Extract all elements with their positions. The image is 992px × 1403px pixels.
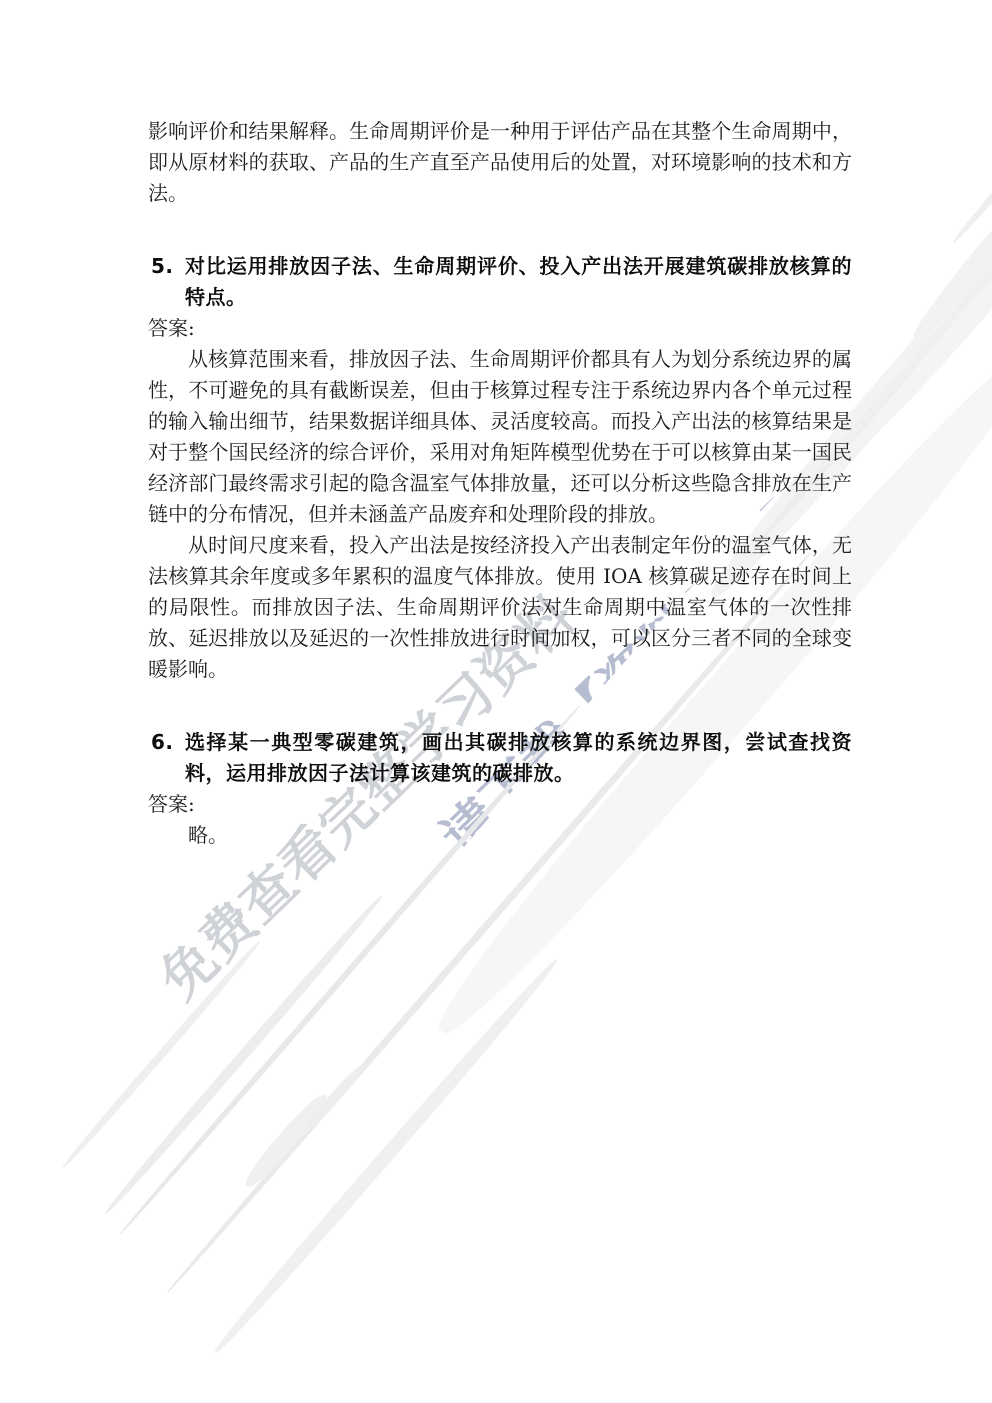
question-6: 6. 选择某一典型零碳建筑，画出其碳排放核算的系统边界图，尝试查找资料，运用排放…	[148, 727, 852, 789]
answer-label-6: 答案:	[148, 789, 852, 820]
question-5: 5. 对比运用排放因子法、生命周期评价、投入产出法开展建筑碳排放核算的特点。	[148, 251, 852, 313]
answer-6-paragraph-1: 略。	[148, 820, 852, 851]
document-content: 影响评价和结果解释。生命周期评价是一种用于评估产品在其整个生命周期中，即从原材料…	[0, 0, 992, 851]
question-6-text: 选择某一典型零碳建筑，画出其碳排放核算的系统边界图，尝试查找资料，运用排放因子法…	[185, 727, 852, 789]
document-page: 免费查看完整学习资料 请下载【资料APP】 影响评价和结果解释。生命周期评价是一…	[0, 0, 992, 1403]
answer-5-paragraph-2: 从时间尺度来看，投入产出法是按经济投入产出表制定年份的温室气体，无法核算其余年度…	[148, 530, 852, 685]
question-5-number: 5.	[148, 251, 185, 313]
question-6-number: 6.	[148, 727, 185, 789]
answer-label-5: 答案:	[148, 313, 852, 344]
answer-5-paragraph-1: 从核算范围来看，排放因子法、生命周期评价都具有人为划分系统边界的属性，不可避免的…	[148, 344, 852, 530]
question-5-text: 对比运用排放因子法、生命周期评价、投入产出法开展建筑碳排放核算的特点。	[185, 251, 852, 313]
intro-paragraph: 影响评价和结果解释。生命周期评价是一种用于评估产品在其整个生命周期中，即从原材料…	[148, 116, 852, 209]
